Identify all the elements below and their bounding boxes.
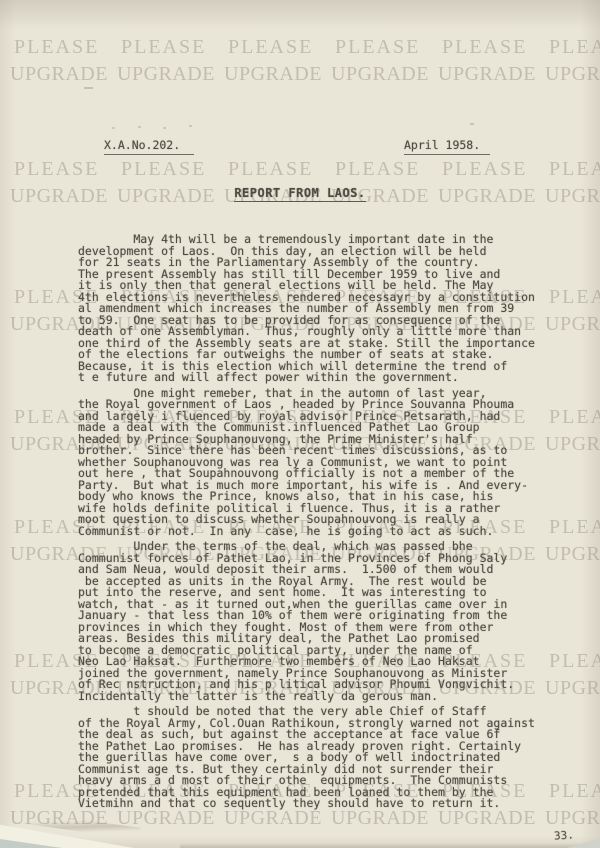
watermark-word-please: PLEASE [228,36,313,59]
watermark-word-please: PLEASE [121,36,206,59]
watermark-word-upgrade: UPGRADE [331,63,429,86]
watermark-word-please: PLEASE [14,158,99,181]
text-line: Communist or not. In any case, he is goi… [78,526,590,538]
watermark-word-upgrade: UPGRADE [10,63,108,86]
reference-number: X.A.No.202. [104,138,194,155]
watermark-word-please: PLEASE [14,36,99,59]
watermark-word-please: PLEASE [228,158,313,181]
watermark-word-please: PLEASE [442,36,527,59]
page-number: 33. [554,828,575,842]
watermark-word-upgrade: UPGRADE [545,63,600,86]
paragraph: t should be noted that the very able Chi… [78,706,590,810]
watermark-word-please: PLEASE [442,158,527,181]
watermark-word-upgrade: UPGRADE [545,807,600,830]
ink-dot [138,126,141,128]
watermark-word-please: PLEASE [335,158,420,181]
watermark-word-upgrade: UPGRADE [224,63,322,86]
paragraph: One might remeber, that in the automn of… [78,388,590,538]
ink-dot [163,127,166,129]
watermark-word-upgrade: UPGRADE [438,63,536,86]
bottom-page-edge [180,843,600,848]
text-line: Incidentally the latter is the really da… [78,691,590,703]
scanned-document-page: PLEASEUPGRADEPLEASEUPGRADEPLEASEUPGRADEP… [0,0,600,848]
title-row: REPORT FROM LAOS. [0,182,600,202]
watermark-word-upgrade: UPGRADE [331,807,429,830]
pencil-mark [84,87,93,89]
document-body: May 4th will be a tremendously important… [78,234,590,810]
watermark-word-upgrade: UPGRADE [117,63,215,86]
watermark-word-please: PLEASE [121,158,206,181]
watermark-word-upgrade: UPGRADE [438,807,536,830]
document-title: REPORT FROM LAOS. [234,186,365,202]
text-line: t e future and will affect power within … [78,372,590,384]
paragraph: May 4th will be a tremendously important… [78,234,590,384]
watermark-word-please: PLEASE [549,158,600,181]
paragraph: Under the terms of the deal, which was p… [78,541,590,702]
ink-dot [112,127,115,129]
text-line: Vietmihn and that co sequently they shou… [78,798,590,810]
ink-dot [189,125,192,127]
watermark-word-please: PLEASE [335,36,420,59]
watermark-word-upgrade: UPGRADE [224,807,322,830]
ink-dot [470,123,474,125]
report-date: April 1958. [404,138,490,155]
watermark-word-please: PLEASE [549,36,600,59]
